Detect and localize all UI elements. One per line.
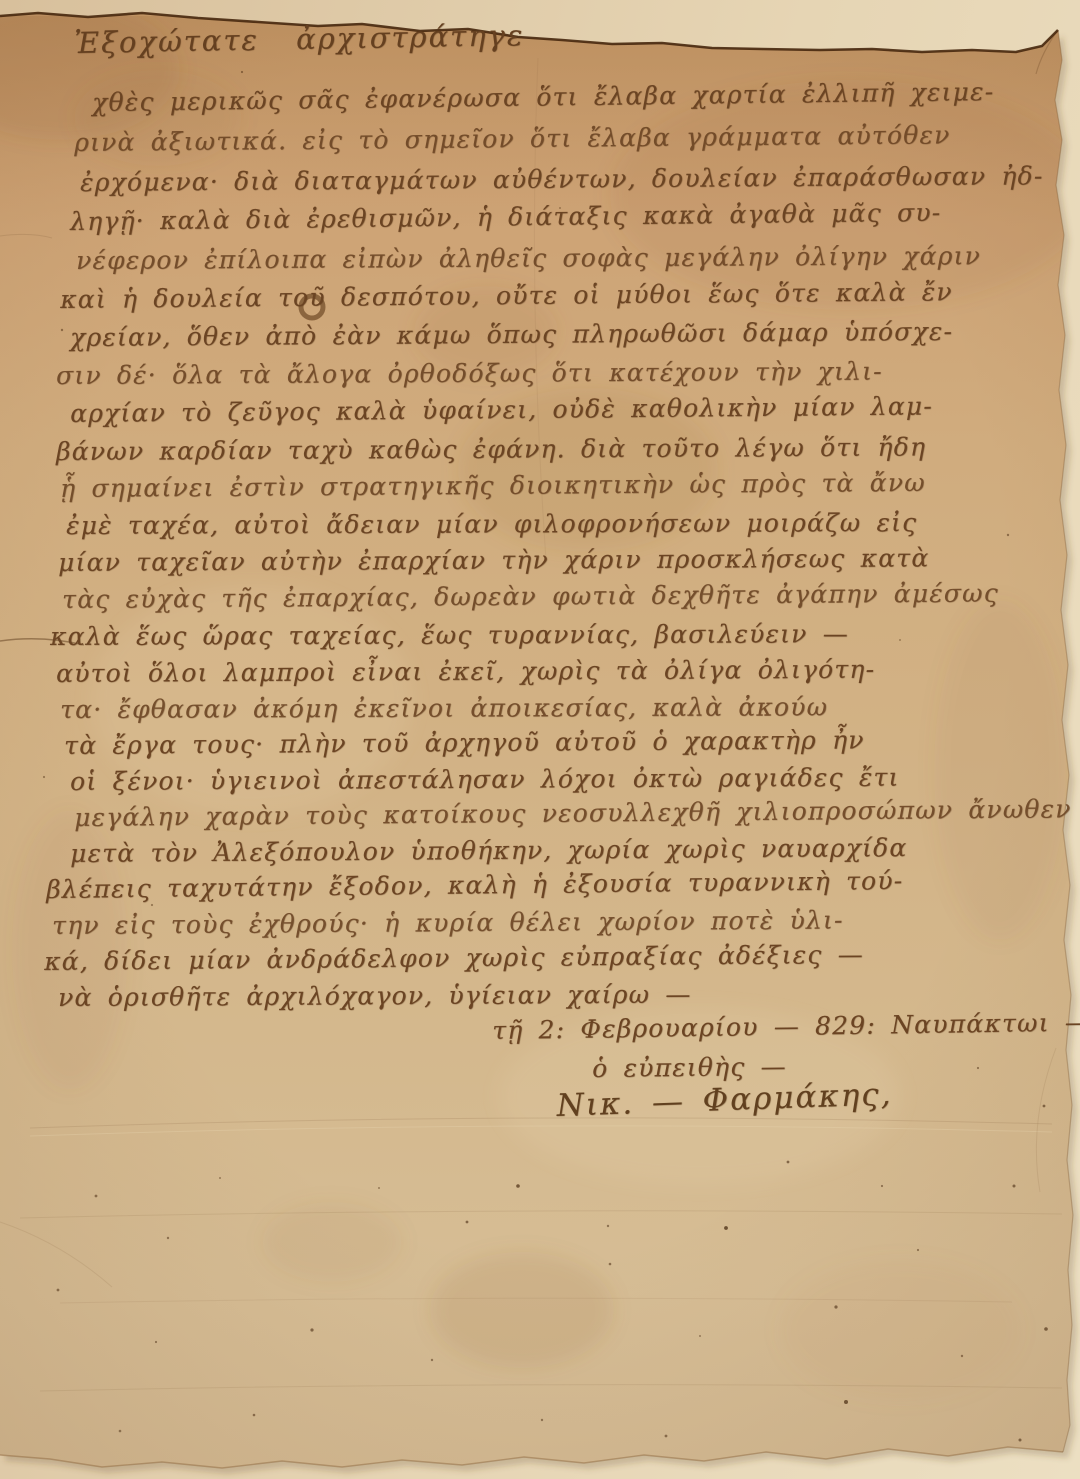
manuscript-line: μεγάλην χαρὰν τοὺς κατοίκους νεοσυλλεχθῆ…	[74, 794, 1072, 832]
manuscript-line: σιν δέ· ὅλα τὰ ἄλογα ὀρθοδόξως ὅτι κατέχ…	[56, 357, 883, 390]
manuscript-line: μετὰ τὸν Ἀλεξόπουλον ὑποθήκην, χωρία χωρ…	[70, 833, 908, 868]
closing-line: ὁ εὐπειθὴς —	[592, 1052, 787, 1083]
manuscript-line: τὰ ἔργα τους· πλὴν τοῦ ἀρχηγοῦ αὐτοῦ ὁ χ…	[64, 725, 865, 760]
manuscript-line: ᾗ σημαίνει ἐστὶν στρατηγικῆς διοικητικὴν…	[60, 468, 926, 503]
photo-of-manuscript-letter: Ἐξοχώτατε ἀρχιστράτηγε χθὲς μερικῶς σᾶς …	[0, 0, 1080, 1479]
manuscript-line: τὰς εὐχὰς τῆς ἐπαρχίας, δωρεὰν φωτιὰ δεχ…	[62, 578, 999, 614]
manuscript-line: αρχίαν τὸ ζεῦγος καλὰ ὑφαίνει, οὐδὲ καθο…	[70, 391, 933, 428]
manuscript-line: βλέπεις ταχυτάτην ἔξοδον, καλὴ ἡ ἐξουσία…	[46, 866, 903, 904]
manuscript-line: ἐρχόμενα· διὰ διαταγμάτων αὐθέντων, δουλ…	[80, 161, 1044, 197]
manuscript-line: καλὰ ἕως ὥρας ταχείας, ἕως τυραννίας, βα…	[50, 619, 849, 651]
manuscript-line: βάνων καρδίαν ταχὺ καθὼς ἐφάνη. διὰ τοῦτ…	[56, 432, 926, 466]
signature-line: Νικ. — Φαρμάκης,	[556, 1076, 893, 1124]
manuscript-line: νέφερον ἐπίλοιπα εἰπὼν ἀληθεῖς σοφὰς μεγ…	[76, 241, 981, 275]
manuscript-line: τα· ἔφθασαν ἀκόμη ἐκεῖνοι ἀποικεσίας, κα…	[60, 692, 828, 724]
manuscript-line: ἐμὲ ταχέα, αὐτοὶ ἄδειαν μίαν φιλοφρονήσε…	[66, 508, 917, 540]
manuscript-line: οἱ ξένοι· ὑγιεινοὶ ἀπεστάλησαν λόχοι ὀκτ…	[70, 763, 900, 796]
manuscript-line: χθὲς μερικῶς σᾶς ἐφανέρωσα ὅτι ἔλαβα χαρ…	[92, 77, 994, 117]
manuscript-line: καὶ ἡ δουλεία τοῦ δεσπότου, οὔτε οἱ μύθο…	[60, 277, 953, 314]
date-line: τῇ 2: Φεβρουαρίου — 829: Ναυπάκτωι —	[492, 1008, 1080, 1045]
manuscript-line: κά, δίδει μίαν ἀνδράδελφον χωρὶς εὐπραξί…	[44, 940, 864, 976]
manuscript-line: ληγῇ· καλὰ διὰ ἐρεθισμῶν, ἡ διάταξις κακ…	[70, 198, 941, 236]
manuscript-line: ρινὰ ἀξιωτικά. εἰς τὸ σημεῖον ὅτι ἔλαβα …	[74, 120, 951, 157]
manuscript-line: χρείαν, ὅθεν ἀπὸ ἐὰν κάμω ὅπως πληρωθῶσι…	[70, 317, 953, 352]
manuscript-line: μίαν ταχεῖαν αὐτὴν ἐπαρχίαν τὴν χάριν πρ…	[58, 543, 929, 577]
manuscript-line: αὐτοὶ ὅλοι λαμπροὶ εἶναι ἐκεῖ, χωρὶς τὰ …	[56, 655, 875, 688]
handwriting-layer: Ἐξοχώτατε ἀρχιστράτηγε χθὲς μερικῶς σᾶς …	[0, 0, 1080, 1479]
manuscript-line: νὰ ὁρισθῆτε ἀρχιλόχαγον, ὑγίειαν χαίρω —	[58, 980, 692, 1012]
salutation-line: Ἐξοχώτατε ἀρχιστράτηγε	[74, 18, 525, 60]
manuscript-line: την εἰς τοὺς ἐχθρούς· ἡ κυρία θέλει χωρί…	[52, 905, 844, 940]
